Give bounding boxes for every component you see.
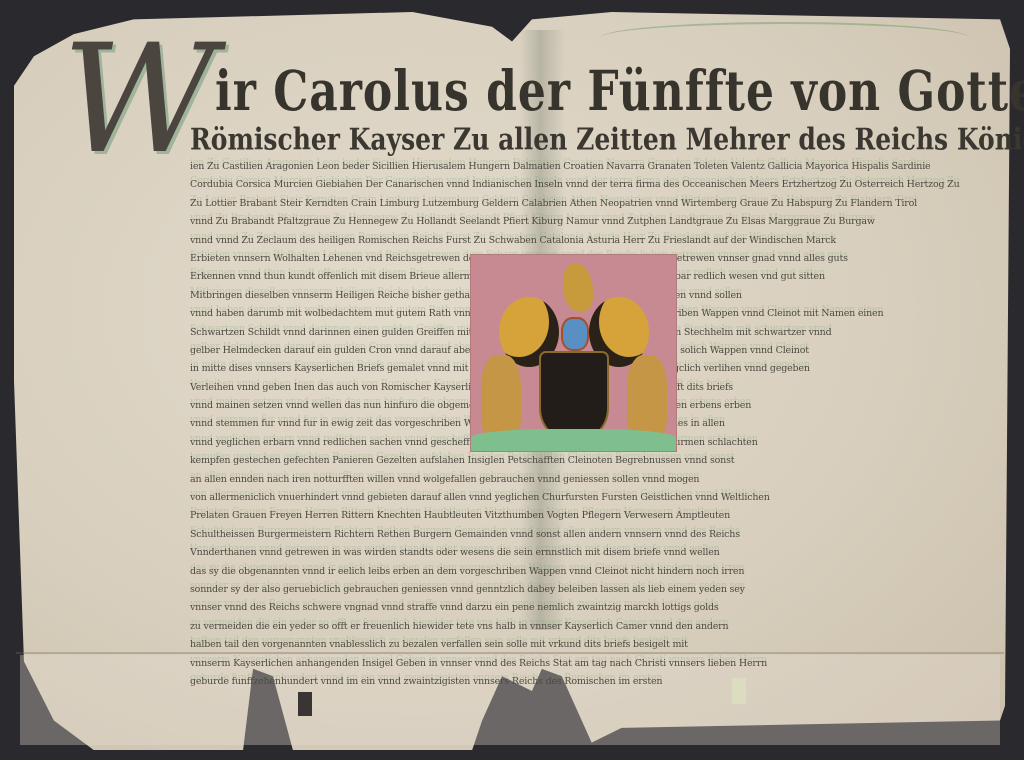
green-ground — [471, 429, 676, 451]
text-line: vnnser vnnd des Reichs schwere vngnad vn… — [190, 599, 960, 617]
text-line: Zu Lottier Brabant Steir Kerndten Crain … — [190, 195, 960, 213]
helm-icon — [561, 317, 589, 351]
text-line: Cordubia Corsica Murcien Giebiahen Der C… — [190, 176, 960, 194]
lion-supporter-left-icon — [481, 355, 521, 435]
text-line: Schultheissen Burgermeistern Richtern Re… — [190, 526, 960, 544]
title-line-2: Römischer Kayser Zu allen Zeitten Mehrer… — [190, 122, 1024, 157]
text-line: Prelaten Grauen Freyen Herren Rittern Kn… — [190, 507, 960, 525]
text-line: Vnnderthanen vnnd getrewen in was wirden… — [190, 544, 960, 562]
griffin-crest-icon — [563, 263, 593, 311]
text-line: an allen ennden nach iren notturfften wi… — [190, 471, 960, 489]
text-line: geburde funffzehenhundert vnnd im ein vn… — [190, 673, 960, 691]
dark-patch — [298, 692, 312, 716]
text-line: halben tail den vorgenannten vnablesslic… — [190, 636, 960, 654]
text-line: zu vermeiden die ein yeder so offt er fr… — [190, 618, 960, 636]
text-line: vnnserm Kayserlichen anhangenden Insigel… — [190, 655, 960, 673]
text-line: sonnder sy der also geruebiclich gebrauc… — [190, 581, 960, 599]
pale-patch — [732, 678, 746, 704]
coat-of-arms-illumination — [470, 254, 677, 452]
text-line: ien Zu Castilien Aragonien Leon beder Si… — [190, 158, 960, 176]
text-line: vnnd Zu Brabandt Pfaltzgraue Zu Hennegew… — [190, 213, 960, 231]
text-line: das sy die obgenannten vnnd ir eelich le… — [190, 563, 960, 581]
lion-supporter-right-icon — [627, 355, 667, 435]
text-line: kempfen gestechen gefechten Panieren Gez… — [190, 452, 960, 470]
title-line-1: ir Carolus der Fünffte von Gottes Gnade- — [215, 60, 1024, 124]
text-line: von allermeniclich vnuerhindert vnnd geb… — [190, 489, 960, 507]
text-line: vnnd vnnd Zu Zeclaum des heiligen Romisc… — [190, 232, 960, 250]
green-flourish-decoration — [600, 22, 970, 54]
